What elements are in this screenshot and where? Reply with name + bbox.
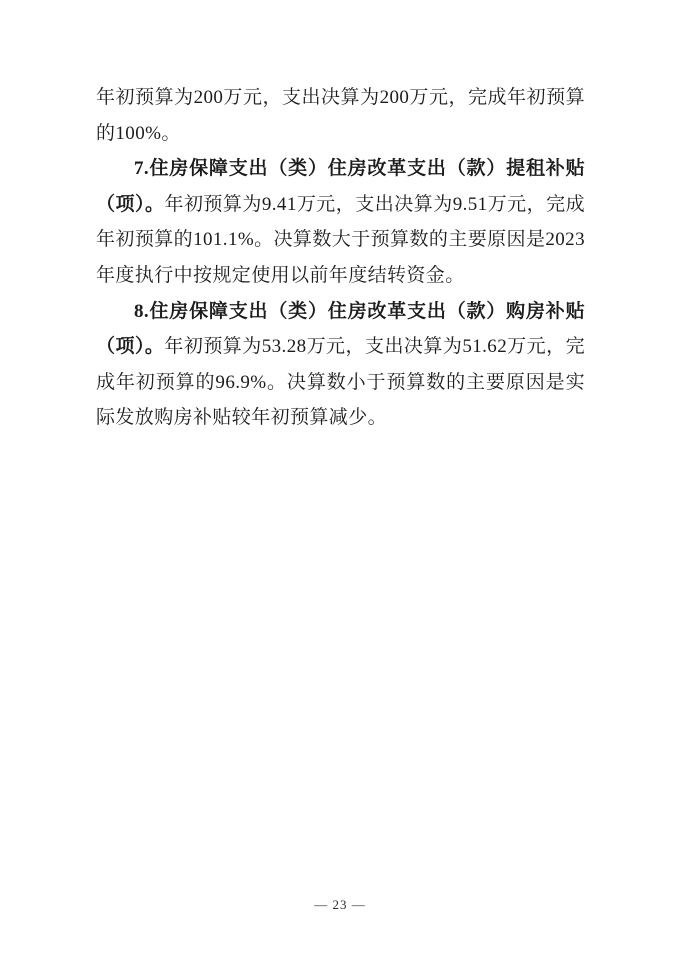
paragraph-item-8: 8.住房保障支出（类）住房改革支出（款）购房补贴（项）。年初预算为53.28万元… [96, 294, 585, 436]
paragraph-item-7: 7.住房保障支出（类）住房改革支出（款）提租补贴（项）。年初预算为9.41万元，… [96, 151, 585, 293]
item-8-body: 年初预算为53.28万元，支出决算为51.62万元，完成年初预算的96.9%。决… [96, 336, 585, 428]
item-7-body: 年初预算为9.41万元，支出决算为9.51万元，完成年初预算的101.1%。决算… [96, 194, 585, 286]
document-page: 年初预算为200万元，支出决算为200万元，完成年初预算的100%。 7.住房保… [0, 0, 680, 962]
paragraph-continuation: 年初预算为200万元，支出决算为200万元，完成年初预算的100%。 [96, 80, 585, 151]
paragraph-continuation-text: 年初预算为200万元，支出决算为200万元，完成年初预算的100%。 [96, 87, 585, 144]
page-footer: — 23 — [0, 897, 680, 913]
document-text-block: 年初预算为200万元，支出决算为200万元，完成年初预算的100%。 7.住房保… [96, 80, 585, 436]
page-number: — 23 — [314, 897, 366, 912]
